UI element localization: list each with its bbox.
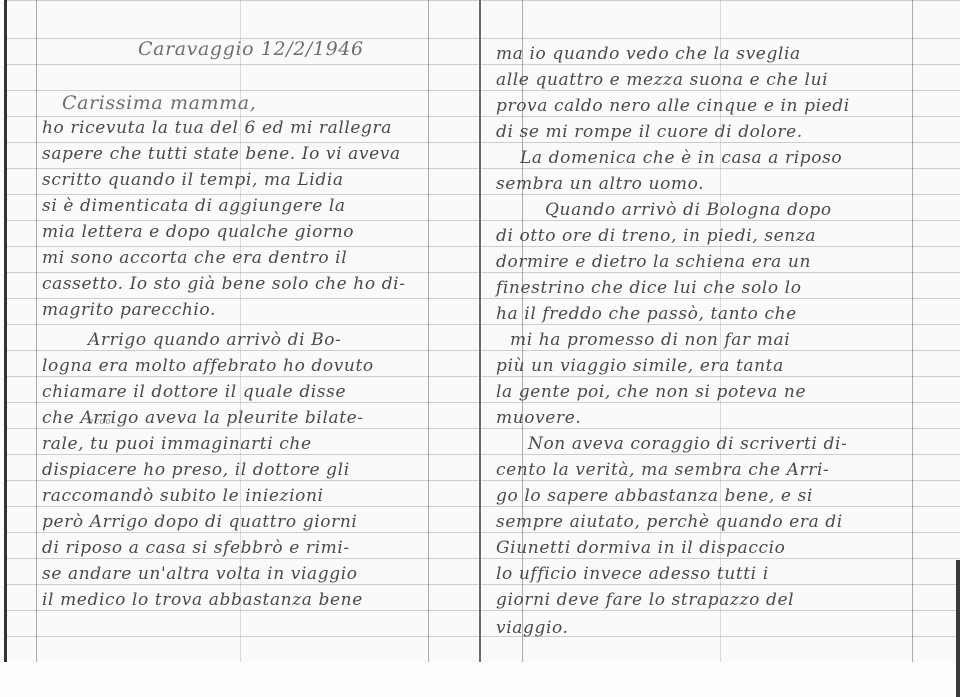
- right-page-line: di otto ore di treno, in piedi, senza: [496, 226, 816, 246]
- left-page-line: mia lettera e dopo qualche giorno: [42, 222, 354, 242]
- right-page-line: dormire e dietro la schiena era un: [496, 252, 811, 272]
- right-page-line: Giunetti dormiva in il dispaccio: [496, 538, 785, 558]
- right-page-line: sembra un altro uomo.: [496, 174, 704, 194]
- left-page-line: sapere che tutti state bene. Io vi aveva: [42, 144, 401, 164]
- right-page-right-rule: [912, 0, 913, 662]
- right-page-line: sempre aiutato, perchè quando era di: [496, 512, 843, 532]
- left-page-line: scritto quando il tempi, ma Lidia: [42, 170, 344, 190]
- left-page-line: magrito parecchio.: [42, 300, 216, 320]
- right-page-line: La domenica che è in casa a riposo: [520, 148, 842, 168]
- right-page-line: prova caldo nero alle cinque e in piedi: [496, 96, 850, 116]
- right-page-line: di se mi rompe il cuore di dolore.: [496, 122, 803, 142]
- left-page-line: dispiacere ho preso, il dottore gli: [42, 460, 350, 480]
- left-page-line: di riposo a casa si sfebbrò e rimi-: [42, 538, 350, 558]
- left-page-line: raccomandò subito le iniezioni: [42, 486, 324, 506]
- right-page-line: più un viaggio simile, era tanta: [496, 356, 784, 376]
- left-page-line: si è dimenticata di aggiungere la: [42, 196, 346, 216]
- left-page-line: mi sono accorta che era dentro il: [42, 248, 347, 268]
- left-page-line: logna era molto affebrato ho dovuto: [42, 356, 374, 376]
- page-fold: [479, 0, 481, 670]
- left-page-line: che Arrigo aveva la pleurite bilate-: [42, 408, 364, 428]
- left-page-line: cassetto. Io sto già bene solo che ho di…: [42, 274, 406, 294]
- left-page-line: Arrigo quando arrivò di Bo-: [88, 330, 341, 350]
- left-page-line: il medico lo trova abbastanza bene: [42, 590, 363, 610]
- left-page-margin-rule: [36, 0, 37, 662]
- right-page-line: ha il freddo che passò, tanto che: [496, 304, 797, 324]
- salutation: Carissima mamma,: [62, 92, 256, 114]
- right-page-line: mi ha promesso di non far mai: [510, 330, 790, 350]
- right-page-line: viaggio.: [496, 618, 569, 638]
- left-page-right-rule: [428, 0, 429, 662]
- right-page-line: la gente poi, che non si poteva ne: [496, 382, 806, 402]
- left-page-line: chiamare il dottore il quale disse: [42, 382, 346, 402]
- left-page-line: se andare un'altra volta in viaggio: [42, 564, 358, 584]
- right-page-line: Non aveva coraggio di scriverti di-: [528, 434, 847, 454]
- right-page-line: lo ufficio invece adesso tutti i: [496, 564, 769, 584]
- right-page-line: finestrino che dice lui che solo lo: [496, 278, 802, 298]
- paper-right-edge: [956, 560, 960, 697]
- left-page-line: però Arrigo dopo di quattro giorni: [42, 512, 357, 532]
- right-page-line: muovere.: [496, 408, 581, 428]
- right-page-line: alle quattro e mezza suona e che lui: [496, 70, 828, 90]
- right-page-line: go lo sapere abbastanza bene, e si: [496, 486, 813, 506]
- place-date: Caravaggio 12/2/1946: [138, 38, 364, 60]
- left-page-line: ho ricevuta la tua del 6 ed mi rallegra: [42, 118, 392, 138]
- right-page-line: giorni deve fare lo strapazzo del: [496, 590, 794, 610]
- right-page-line: ma io quando vedo che la sveglia: [496, 44, 801, 64]
- right-page-line: cento la verità, ma sembra che Arri-: [496, 460, 829, 480]
- right-page-line: Quando arrivò di Bologna dopo: [545, 200, 832, 220]
- paper-bottom-edge: [0, 662, 960, 697]
- scanned-letter: Caravaggio 12/2/1946 Carissima mamma, ec…: [0, 0, 960, 697]
- left-page-line: rale, tu puoi immaginarti che: [42, 434, 312, 454]
